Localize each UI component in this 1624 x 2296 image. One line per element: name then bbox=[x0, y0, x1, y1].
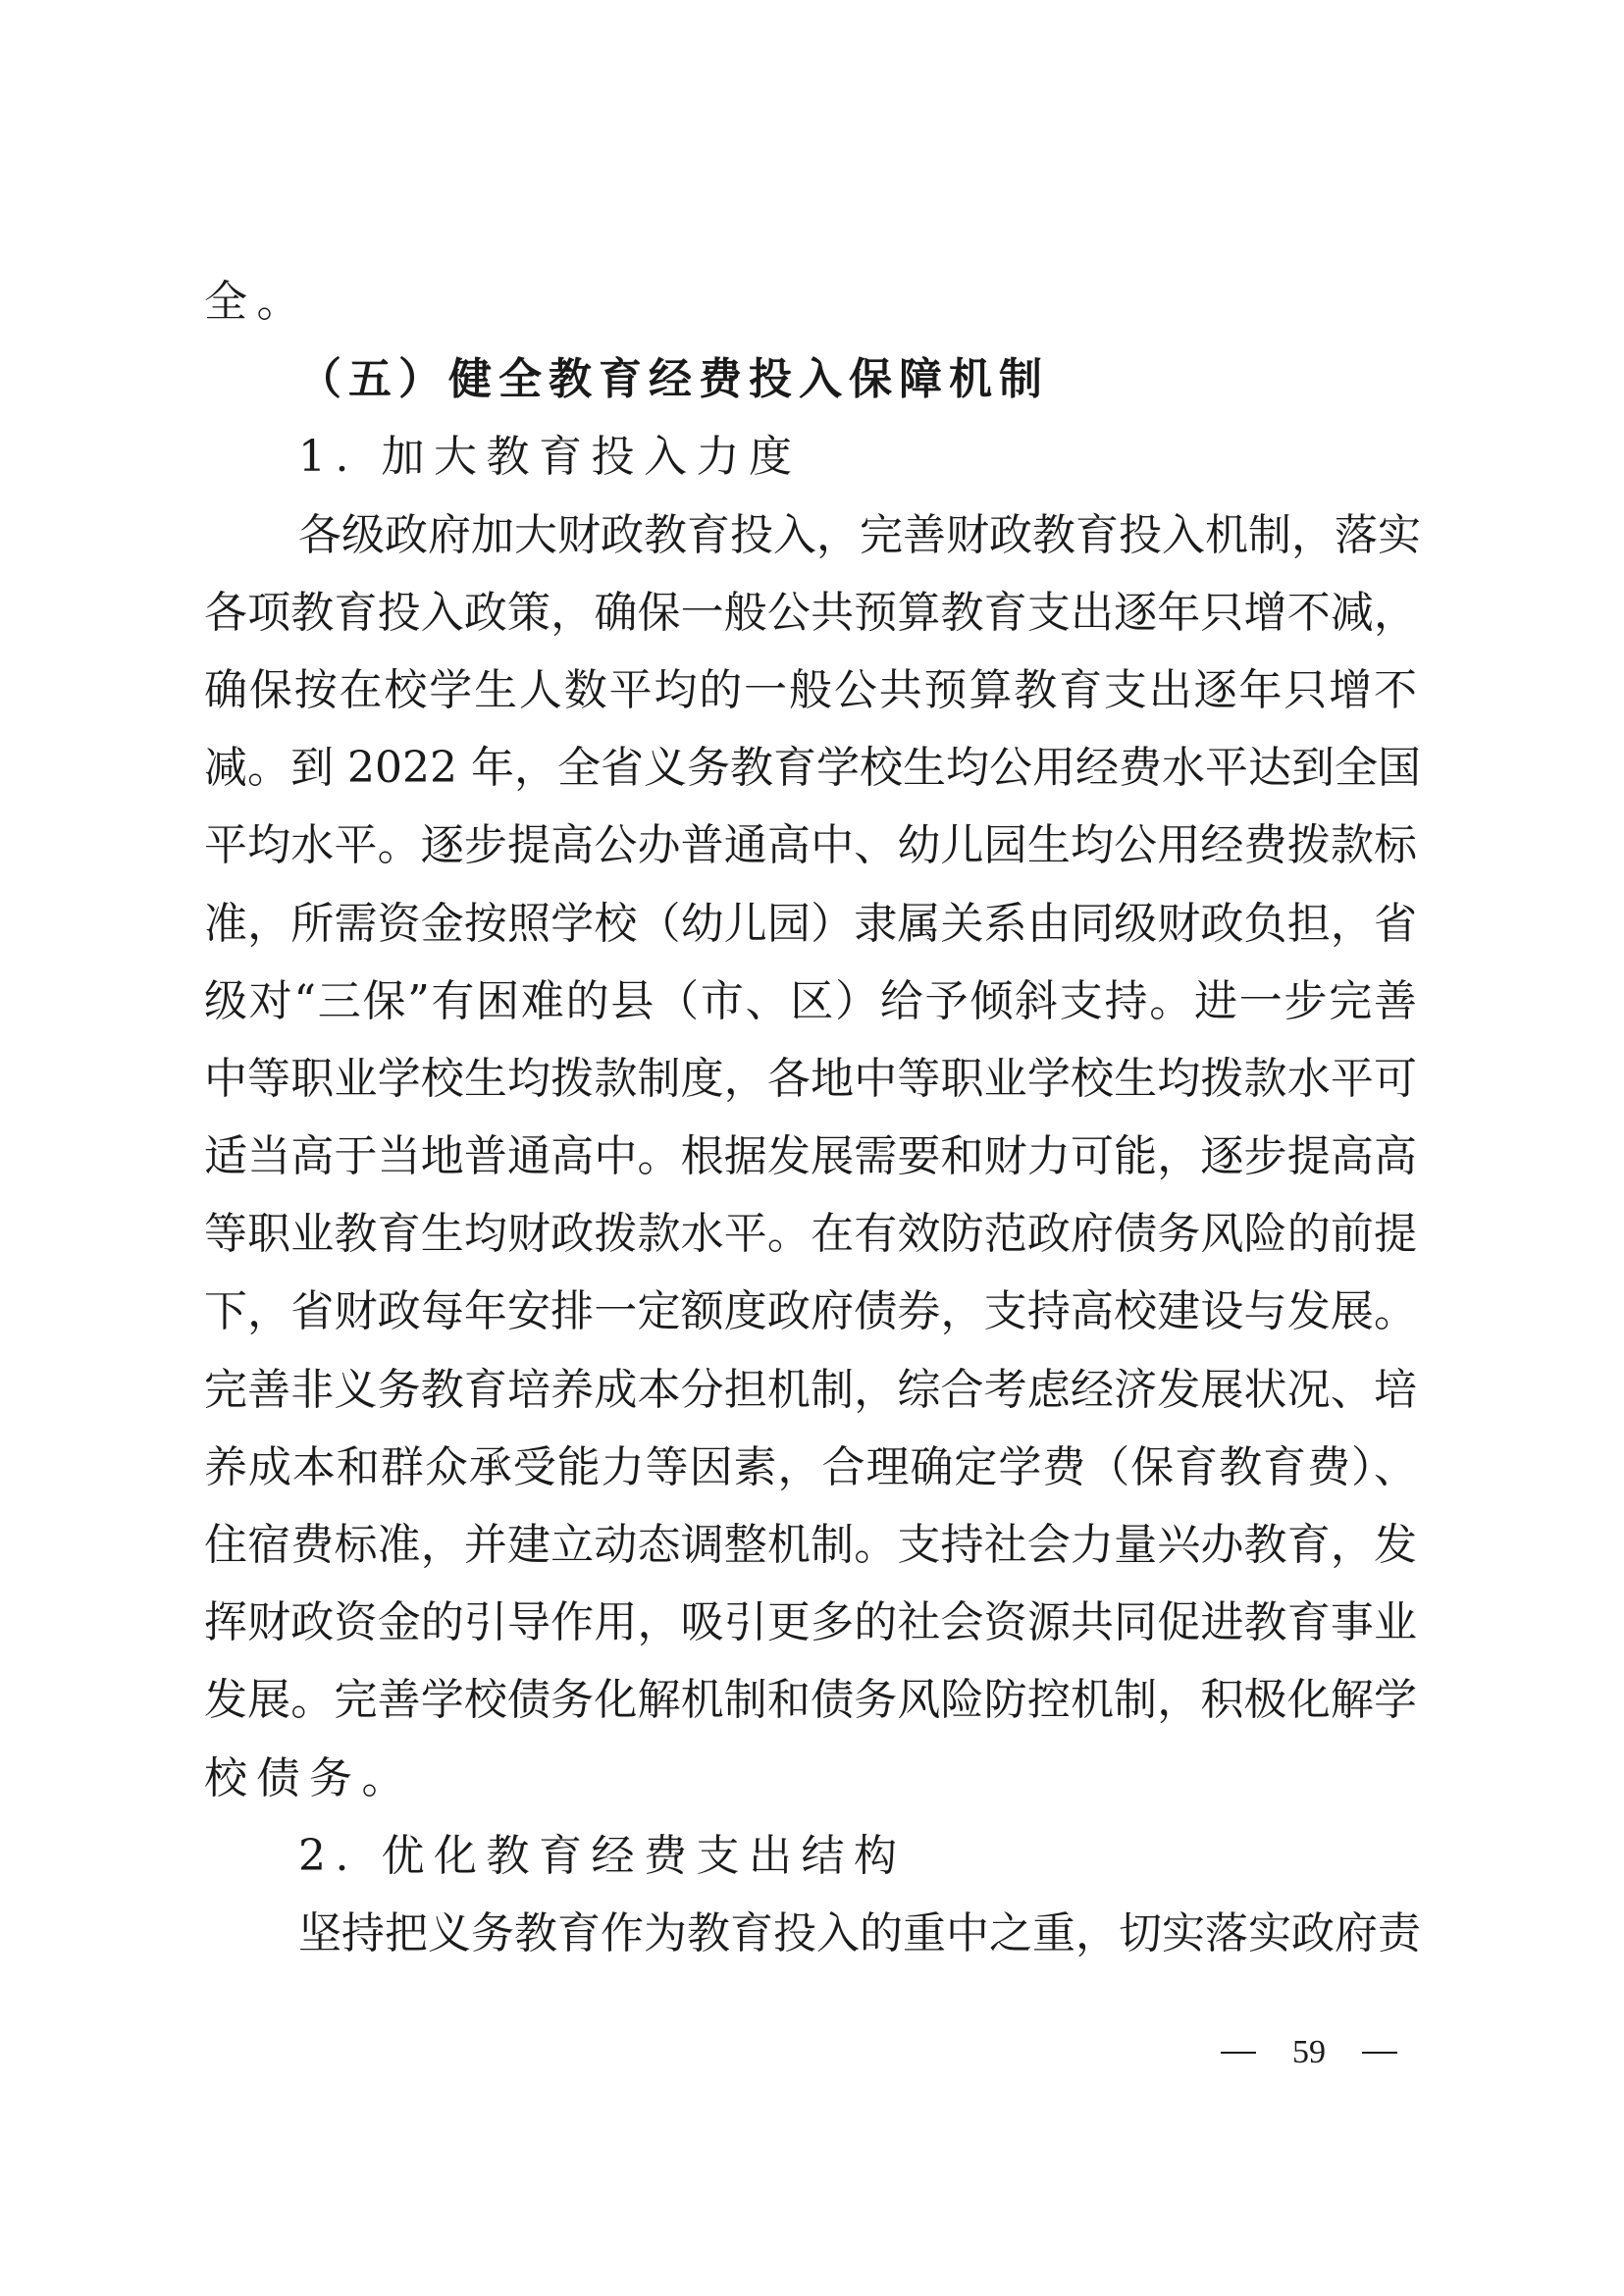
paragraph-line: 准，所需资金按照学校（幼儿园）隶属关系由同级财政负担，省 bbox=[204, 885, 1417, 963]
paragraph-line: 平均水平。逐步提高公办普通高中、幼儿园生均公用经费拨款标 bbox=[204, 807, 1417, 884]
paragraph-line: 坚持把义务教育作为教育投入的重中之重，切实落实政府责 bbox=[204, 1895, 1417, 1972]
paragraph-line: 等职业教育生均财政拨款水平。在有效防范政府债务风险的前提 bbox=[204, 1195, 1417, 1273]
paragraph-line: 中等职业学校生均拨款制度，各地中等职业学校生均拨款水平可 bbox=[204, 1040, 1417, 1118]
paragraph-line: 减。到 2022 年，全省义务教育学校生均公用经费水平达到全国 bbox=[204, 729, 1417, 807]
section-heading: （五）健全教育经费投入保障机制 bbox=[204, 340, 1417, 418]
paragraph-line: 确保按在校学生人数平均的一般公共预算教育支出逐年只增不 bbox=[204, 652, 1417, 729]
dash-right bbox=[1362, 2052, 1397, 2054]
paragraph-line: 完善非义务教育培养成本分担机制，综合考虑经济发展状况、培 bbox=[204, 1351, 1417, 1429]
paragraph-line: 级对“三保”有困难的县（市、区）给予倾斜支持。进一步完善 bbox=[204, 963, 1417, 1040]
paragraph-line: 挥财政资金的引导作用，吸引更多的社会资源共同促进教育事业 bbox=[204, 1584, 1417, 1661]
subsection-heading-2: 2. 优化教育经费支出结构 bbox=[204, 1817, 1417, 1895]
document-body: 全。 （五）健全教育经费投入保障机制 1. 加大教育投入力度 各级政府加大财政教… bbox=[204, 263, 1417, 1972]
subsection-heading-1: 1. 加大教育投入力度 bbox=[204, 418, 1417, 496]
paragraph-line: 住宿费标准，并建立动态调整机制。支持社会力量兴办教育，发 bbox=[204, 1506, 1417, 1584]
document-page: 全。 （五）健全教育经费投入保障机制 1. 加大教育投入力度 各级政府加大财政教… bbox=[0, 0, 1624, 2296]
dash-left bbox=[1221, 2052, 1256, 2054]
paragraph-line: 发展。完善学校债务化解机制和债务风险防控机制，积极化解学 bbox=[204, 1661, 1417, 1739]
page-number-value: 59 bbox=[1292, 2034, 1326, 2071]
body-line-continuation: 全。 bbox=[204, 263, 1417, 340]
paragraph-line: 各项教育投入政策，确保一般公共预算教育支出逐年只增不减， bbox=[204, 574, 1417, 652]
paragraph-line: 各级政府加大财政教育投入，完善财政教育投入机制，落实 bbox=[204, 496, 1417, 574]
paragraph-line: 适当高于当地普通高中。根据发展需要和财力可能，逐步提高高 bbox=[204, 1118, 1417, 1195]
paragraph-line-end: 校债务。 bbox=[204, 1740, 1417, 1817]
paragraph-line: 下，省财政每年安排一定额度政府债券，支持高校建设与发展。 bbox=[204, 1273, 1417, 1350]
page-number: 59 bbox=[1221, 2033, 1397, 2072]
paragraph-line: 养成本和群众承受能力等因素，合理确定学费（保育教育费）、 bbox=[204, 1429, 1417, 1506]
